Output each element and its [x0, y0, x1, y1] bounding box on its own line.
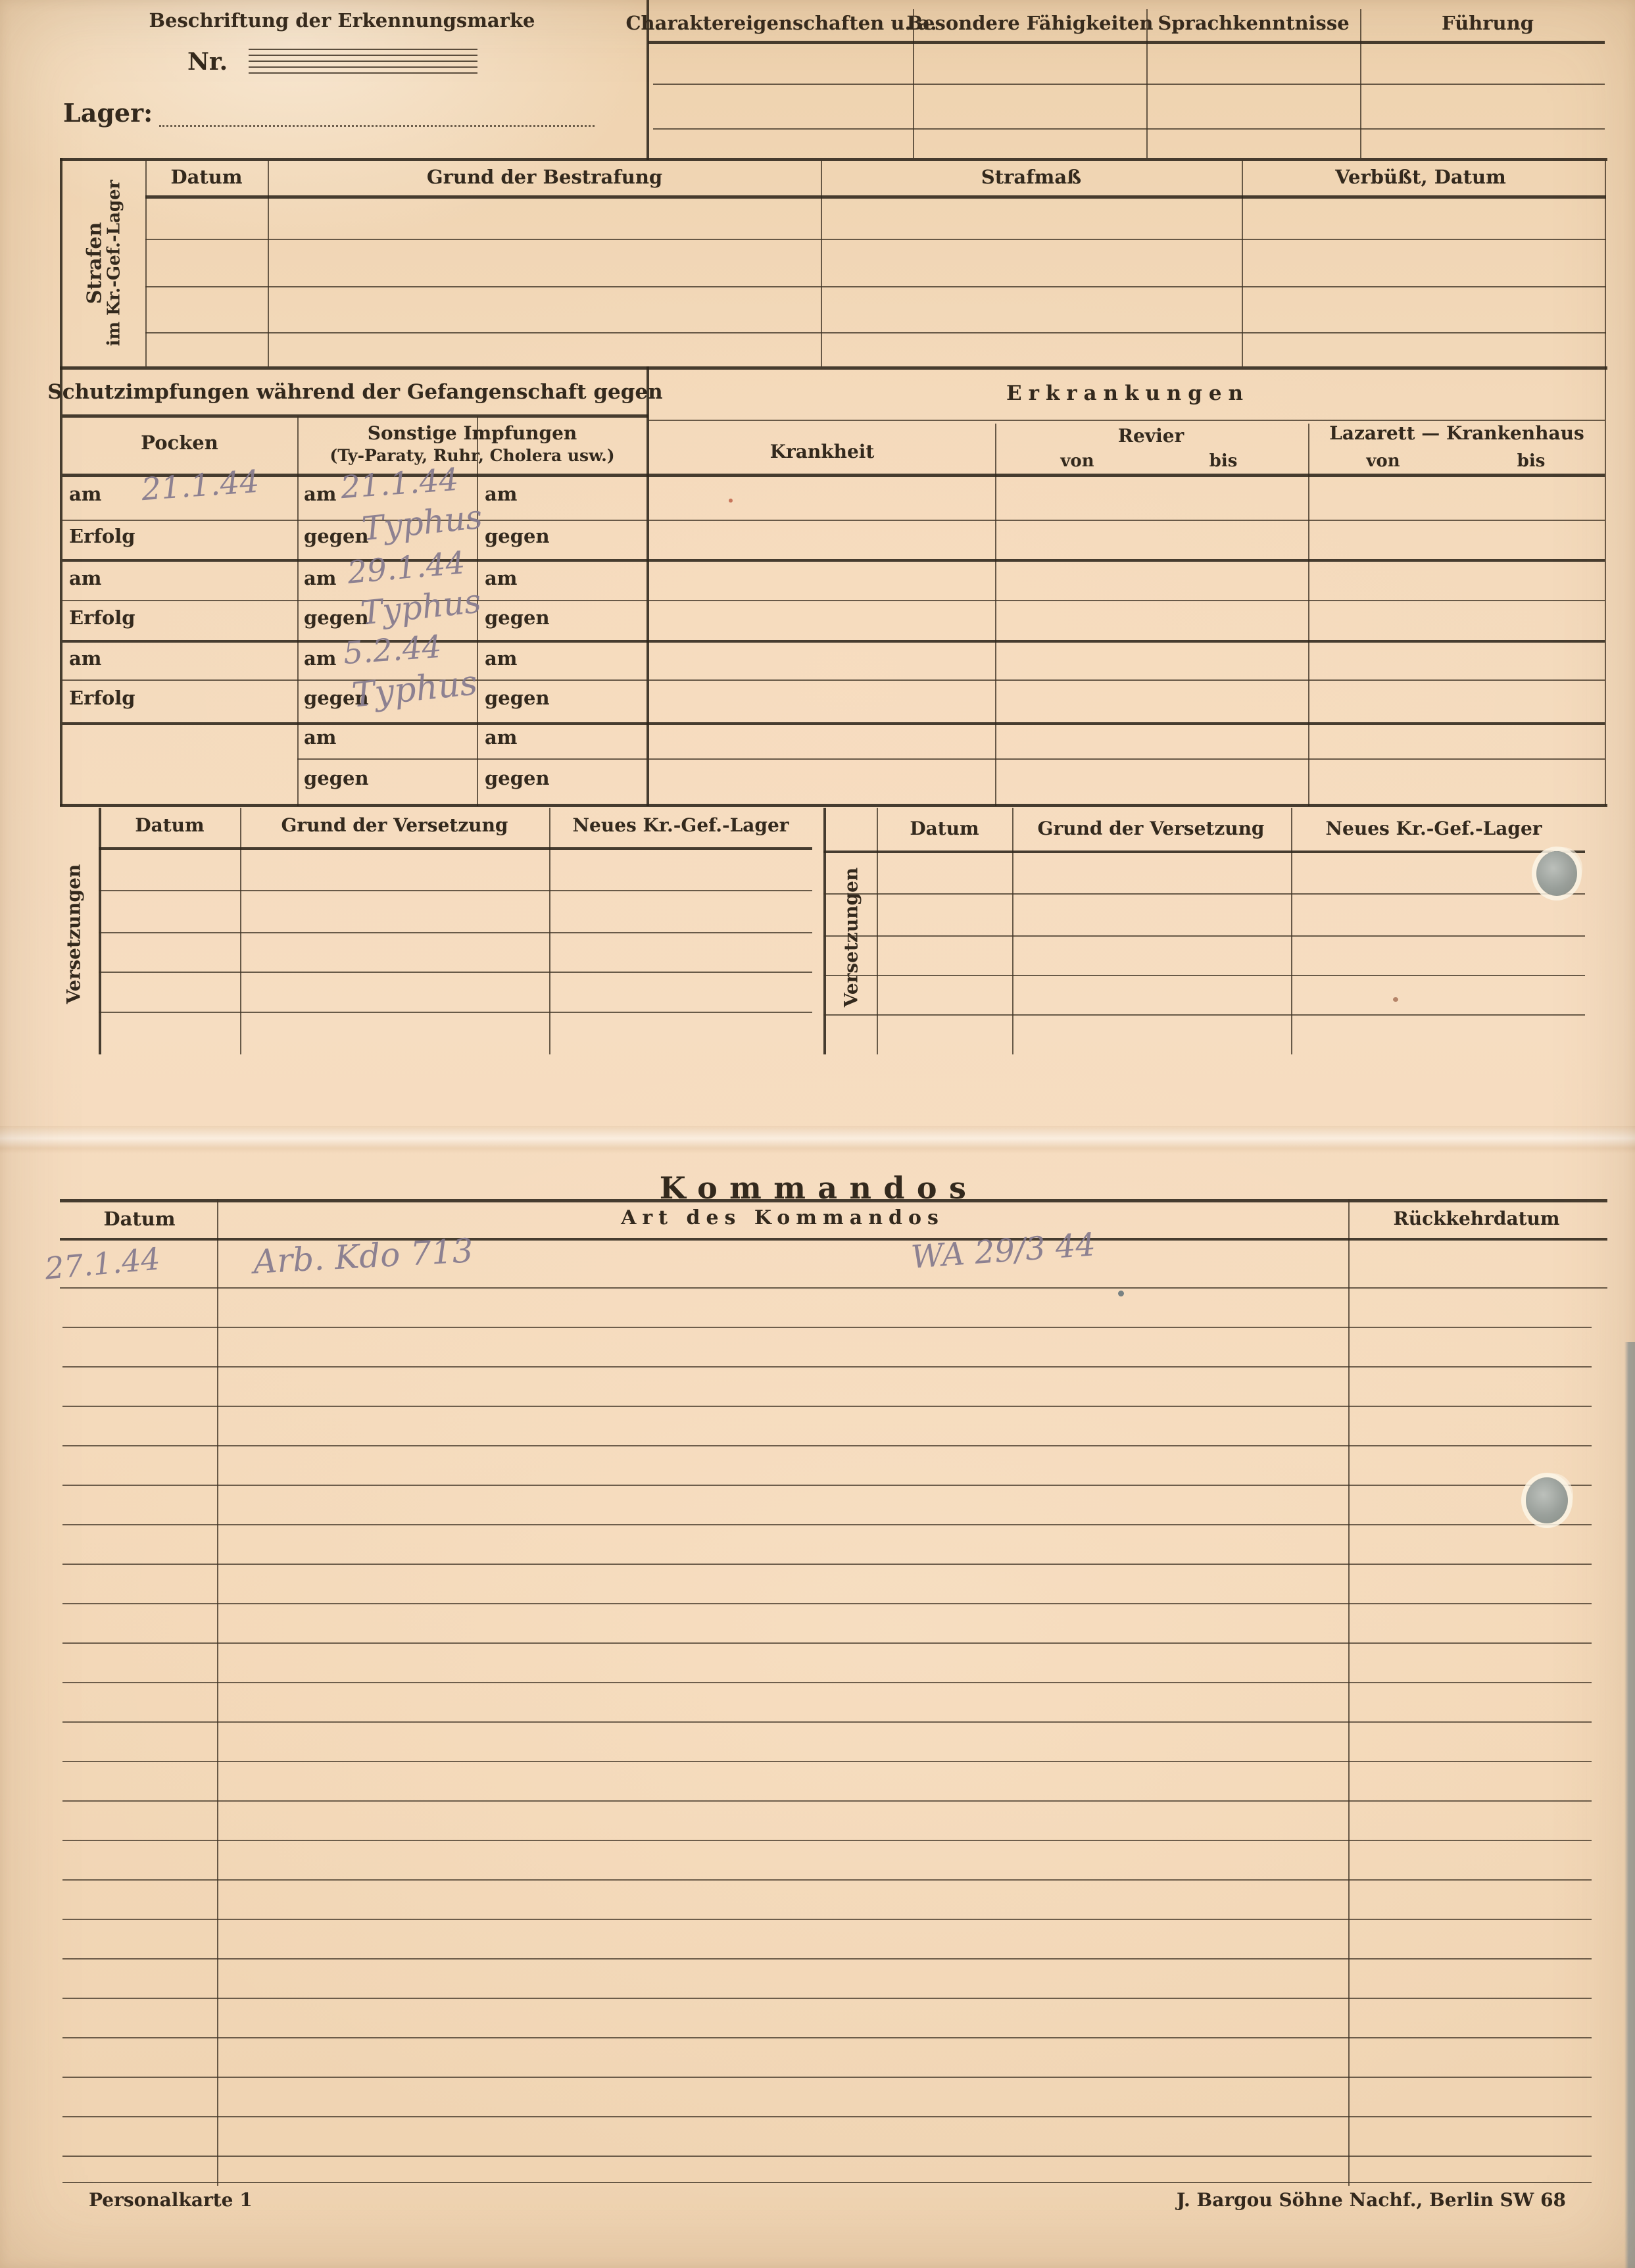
table-line	[823, 851, 1585, 853]
table-line	[62, 520, 1605, 521]
id-tag-column-header: Beschriftung der Erkennungsmarke	[149, 11, 535, 30]
extra-vacc-am-label-1: am	[485, 484, 517, 504]
hospital-from-label: von	[1366, 453, 1400, 470]
table-line	[995, 424, 996, 806]
extra-vacc-gegen-label-3: gegen	[485, 688, 550, 708]
table-line	[60, 158, 1607, 161]
table-line	[647, 366, 649, 806]
extra-vacc-am-label-4: am	[485, 727, 517, 747]
extra-vacc-gegen-label-4: gegen	[485, 768, 550, 788]
punishment-reason-header: Grund der Bestrafung	[427, 167, 662, 187]
nr-ruled-lines	[249, 49, 477, 76]
sickbay-from-label: von	[1060, 453, 1094, 470]
vaccinations-title: Schutzimpfungen während der Gefangenscha…	[47, 382, 662, 403]
table-line	[145, 239, 1606, 240]
character-traits-header: Charaktereigenschaften u. a.	[625, 13, 937, 33]
typhus-agent-3-handwriting: Typhus	[351, 666, 479, 713]
table-line	[60, 366, 1607, 370]
smallpox-erfolg-label-2: Erfolg	[69, 608, 135, 628]
transfer-date-header-right: Datum	[910, 819, 979, 838]
smallpox-header: Pocken	[141, 433, 218, 453]
kommando-type-handwriting: Arb. Kdo 713	[253, 1234, 474, 1278]
transfer-newcamp-header-left: Neues Kr.-Gef.-Lager	[572, 816, 789, 835]
table-line	[823, 935, 1585, 937]
transfer-newcamp-header-right: Neues Kr.-Gef.-Lager	[1325, 819, 1542, 838]
table-line	[823, 893, 1585, 895]
table-line	[60, 1199, 1607, 1202]
table-line	[99, 972, 812, 973]
table-line	[549, 808, 550, 1054]
table-line	[653, 84, 1605, 85]
hospital-header: Lazarett — Krankenhaus	[1329, 424, 1584, 443]
typhus-date-1-handwriting: 21.1.44	[340, 464, 460, 503]
punishment-date-header: Datum	[170, 167, 242, 187]
illnesses-title: Erkrankungen	[1006, 383, 1250, 405]
table-line	[823, 1014, 1585, 1016]
transfer-reason-header-right: Grund der Versetzung	[1037, 819, 1264, 838]
hospital-to-label: bis	[1517, 453, 1546, 470]
table-line	[823, 975, 1585, 976]
table-line	[1291, 808, 1292, 1054]
table-line	[821, 160, 822, 366]
lager-label: Lager:	[63, 100, 153, 126]
typhus-date-3-handwriting: 5.2.44	[343, 631, 443, 669]
smallpox-erfolg-label-1: Erfolg	[69, 526, 135, 546]
table-line	[62, 474, 1605, 477]
other-vacc-gegen-label-4: gegen	[304, 768, 369, 788]
smallpox-am-label-2: am	[69, 568, 101, 588]
other-vacc-am-label-3: am	[304, 649, 336, 668]
table-line	[99, 847, 812, 850]
table-line	[1242, 160, 1243, 366]
table-line	[653, 128, 1605, 130]
extra-vacc-gegen-label-2: gegen	[485, 608, 550, 628]
table-line	[62, 559, 1605, 562]
kommando-return-header: Rückkehrdatum	[1393, 1209, 1559, 1228]
other-vacc-gegen-label-1: gegen	[304, 526, 369, 546]
punch-hole-bottom	[1526, 1477, 1568, 1523]
table-line	[268, 160, 269, 366]
fold-crease	[0, 1126, 1635, 1154]
other-vacc-am-label-4: am	[304, 727, 336, 747]
smallpox-am-label-1: am	[69, 484, 101, 504]
punishments-side-label-line1: Strafen	[85, 180, 106, 347]
other-vacc-am-label-1: am	[304, 484, 336, 504]
sickbay-to-label: bis	[1209, 453, 1238, 470]
table-line	[145, 332, 1606, 333]
paper-speck	[729, 499, 733, 503]
other-vaccinations-header-line2: (Ty-Paraty, Ruhr, Cholera usw.)	[329, 447, 614, 464]
table-line	[297, 758, 1605, 760]
table-line	[62, 414, 648, 418]
table-line	[648, 41, 1605, 44]
extra-vacc-gegen-label-1: gegen	[485, 526, 550, 546]
language-skills-header: Sprachkenntnisse	[1158, 13, 1349, 33]
typhus-agent-2-handwriting: Typhus	[359, 585, 483, 630]
printer-imprint-footer: J. Bargou Söhne Nachf., Berlin SW 68	[1177, 2190, 1566, 2209]
special-abilities-header: Besondere Fähigkeiten	[907, 13, 1154, 33]
table-line	[99, 1012, 812, 1013]
nr-label: Nr.	[187, 50, 228, 75]
table-line	[145, 286, 1606, 287]
kommando-date-handwriting: 27.1.44	[43, 1243, 161, 1283]
table-line	[62, 722, 1605, 725]
table-line	[60, 1238, 1607, 1241]
table-line	[62, 640, 1605, 643]
table-line	[62, 679, 1605, 681]
table-line	[823, 808, 826, 1054]
extra-vacc-am-label-3: am	[485, 649, 517, 668]
punishment-served-header: Verbüßt, Datum	[1335, 167, 1506, 187]
kommando-type-header: Art des Kommandos	[621, 1208, 944, 1229]
table-line	[240, 808, 241, 1054]
table-line	[99, 808, 101, 1054]
table-line	[648, 420, 1605, 421]
punishment-degree-header: Strafmaß	[981, 167, 1081, 187]
paper-speck	[1393, 997, 1398, 1002]
table-line	[62, 600, 1605, 601]
transfer-reason-header-left: Grund der Versetzung	[281, 816, 508, 835]
table-line	[647, 0, 649, 160]
extra-vacc-am-label-2: am	[485, 568, 517, 588]
punch-hole-top	[1536, 851, 1577, 896]
smallpox-am-label-3: am	[69, 649, 101, 668]
table-line	[60, 158, 62, 806]
transfers-left-side-label: Versetzungen	[64, 864, 83, 1004]
kommando-return-note-handwriting: WA 29/3 44	[910, 1229, 1097, 1273]
other-vaccinations-header-line1: Sonstige Impfungen	[368, 424, 577, 443]
table-line	[60, 804, 1607, 807]
paper-speck	[1118, 1291, 1124, 1296]
table-line	[1308, 424, 1309, 806]
table-line	[877, 808, 878, 1054]
scanner-edge	[1624, 1342, 1635, 2268]
table-line	[62, 2182, 1592, 2183]
typhus-date-2-handwriting: 29.1.44	[346, 547, 466, 588]
smallpox-erfolg-label-3: Erfolg	[69, 688, 135, 708]
punishments-side-label: Strafen im Kr.-Gef.-Lager	[85, 180, 124, 347]
typhus-agent-1-handwriting: Typhus	[360, 501, 484, 546]
conduct-header: Führung	[1442, 13, 1534, 33]
smallpox-date-handwriting: 21.1.44	[141, 466, 260, 505]
punishments-side-label-line2: im Kr.-Gef.-Lager	[105, 180, 123, 347]
other-vacc-gegen-label-2: gegen	[304, 608, 369, 628]
table-line	[1605, 160, 1606, 806]
table-line	[1012, 808, 1013, 1054]
transfers-right-side-label: Versetzungen	[841, 868, 860, 1008]
table-line	[145, 195, 1606, 199]
table-line	[145, 160, 147, 366]
lager-dotted-line	[159, 125, 595, 127]
transfer-date-header-left: Datum	[135, 816, 204, 835]
pow-personal-card-back: Beschriftung der Erkennungsmarke Nr. Lag…	[0, 0, 1635, 2268]
table-line	[99, 890, 812, 891]
other-vacc-am-label-2: am	[304, 568, 336, 588]
form-name-footer: Personalkarte 1	[89, 2190, 253, 2209]
table-line	[99, 932, 812, 933]
kommando-date-header: Datum	[103, 1209, 175, 1229]
sickbay-header: Revier	[1118, 426, 1184, 445]
illness-header: Krankheit	[770, 442, 875, 461]
kommando-ruled-rows	[62, 1289, 1592, 2184]
